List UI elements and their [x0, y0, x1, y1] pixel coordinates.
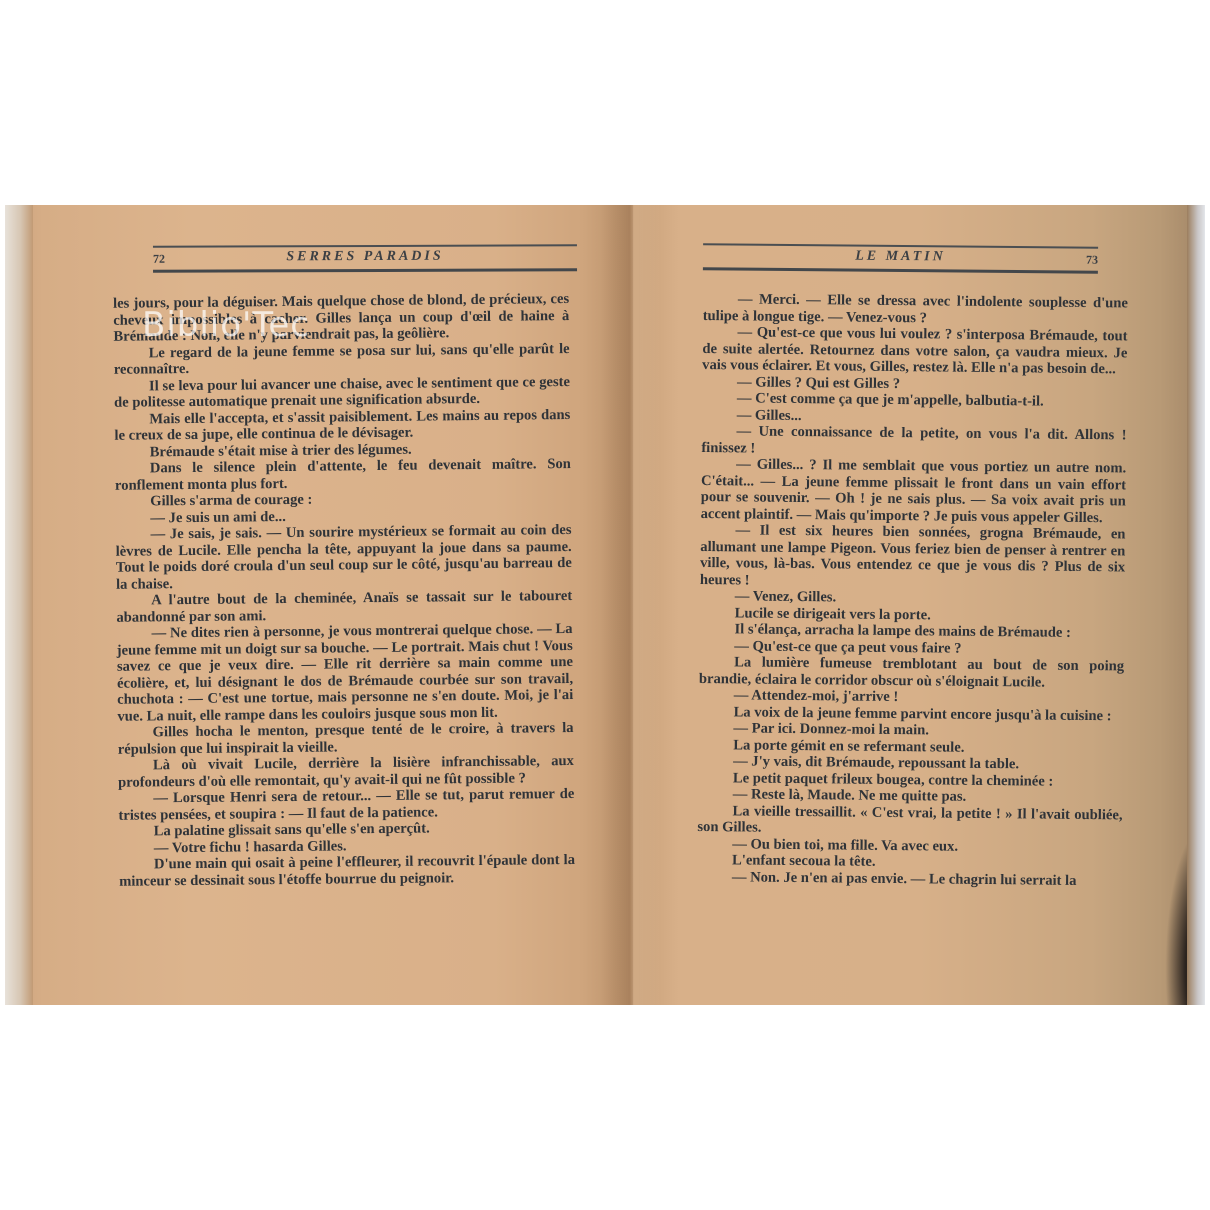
paragraph: — Gilles... ? Il me semblait que vous po… [701, 456, 1127, 526]
paragraph: — Ne dites rien à personne, je vous mont… [116, 621, 573, 725]
page-corner-shadow [1165, 825, 1205, 1005]
open-book: 72 SERRES PARADIS les jours, pour la dég… [5, 205, 1205, 1005]
right-page-body: — Merci. — Elle se dressa avec l'indolen… [697, 291, 1128, 889]
paragraph: — Il est six heures bien sonnées, grogna… [700, 522, 1126, 592]
paragraph: Le regard de la jeune femme se posa sur … [114, 340, 570, 378]
right-running-title: LE MATIN [703, 247, 1098, 266]
paragraph: — Une connaissance de la petite, on vous… [701, 423, 1126, 460]
paragraph: Là où vivait Lucile, derrière la lisière… [118, 753, 574, 791]
paragraph: les jours, pour la déguiser. Mais quelqu… [113, 291, 569, 345]
paragraph: Mais elle l'accepta, et s'assit paisible… [114, 406, 570, 444]
paragraph: — Qu'est-ce que vous lui voulez ? s'inte… [702, 324, 1127, 378]
left-running-title: SERRES PARADIS [153, 248, 577, 265]
paragraph: La lumière fumeuse tremblotant au bout d… [699, 654, 1124, 691]
paragraph: Dans le silence plein d'attente, le feu … [115, 456, 571, 494]
paragraph: — Merci. — Elle se dressa avec l'indolen… [703, 291, 1128, 328]
left-running-head: 72 SERRES PARADIS [153, 244, 577, 272]
paragraph: Gilles hocha le menton, presque tenté de… [118, 720, 574, 758]
paragraph: — Je sais, je sais. — Un sourire mystéri… [115, 522, 572, 593]
paragraph: — Lorsque Henri sera de retour... — Elle… [118, 786, 574, 824]
paragraph: Il se leva pour lui avancer une chaise, … [114, 373, 570, 411]
right-page-number: 73 [1086, 253, 1098, 268]
left-page-body: les jours, pour la déguiser. Mais quelqu… [113, 291, 575, 890]
paragraph: A l'autre bout de la cheminée, Anaïs se … [116, 588, 572, 626]
paragraph: — Non. Je n'en ai pas envie. — Le chagri… [697, 868, 1122, 889]
paragraph: La vieille tressaillit. « C'est vrai, la… [697, 802, 1122, 839]
paragraph: D'une main qui osait à peine l'effleurer… [119, 852, 575, 890]
right-running-head: LE MATIN 73 [703, 243, 1098, 273]
right-page: LE MATIN 73 — Merci. — Elle se dressa av… [633, 205, 1205, 1005]
left-page: 72 SERRES PARADIS les jours, pour la dég… [5, 205, 633, 1005]
